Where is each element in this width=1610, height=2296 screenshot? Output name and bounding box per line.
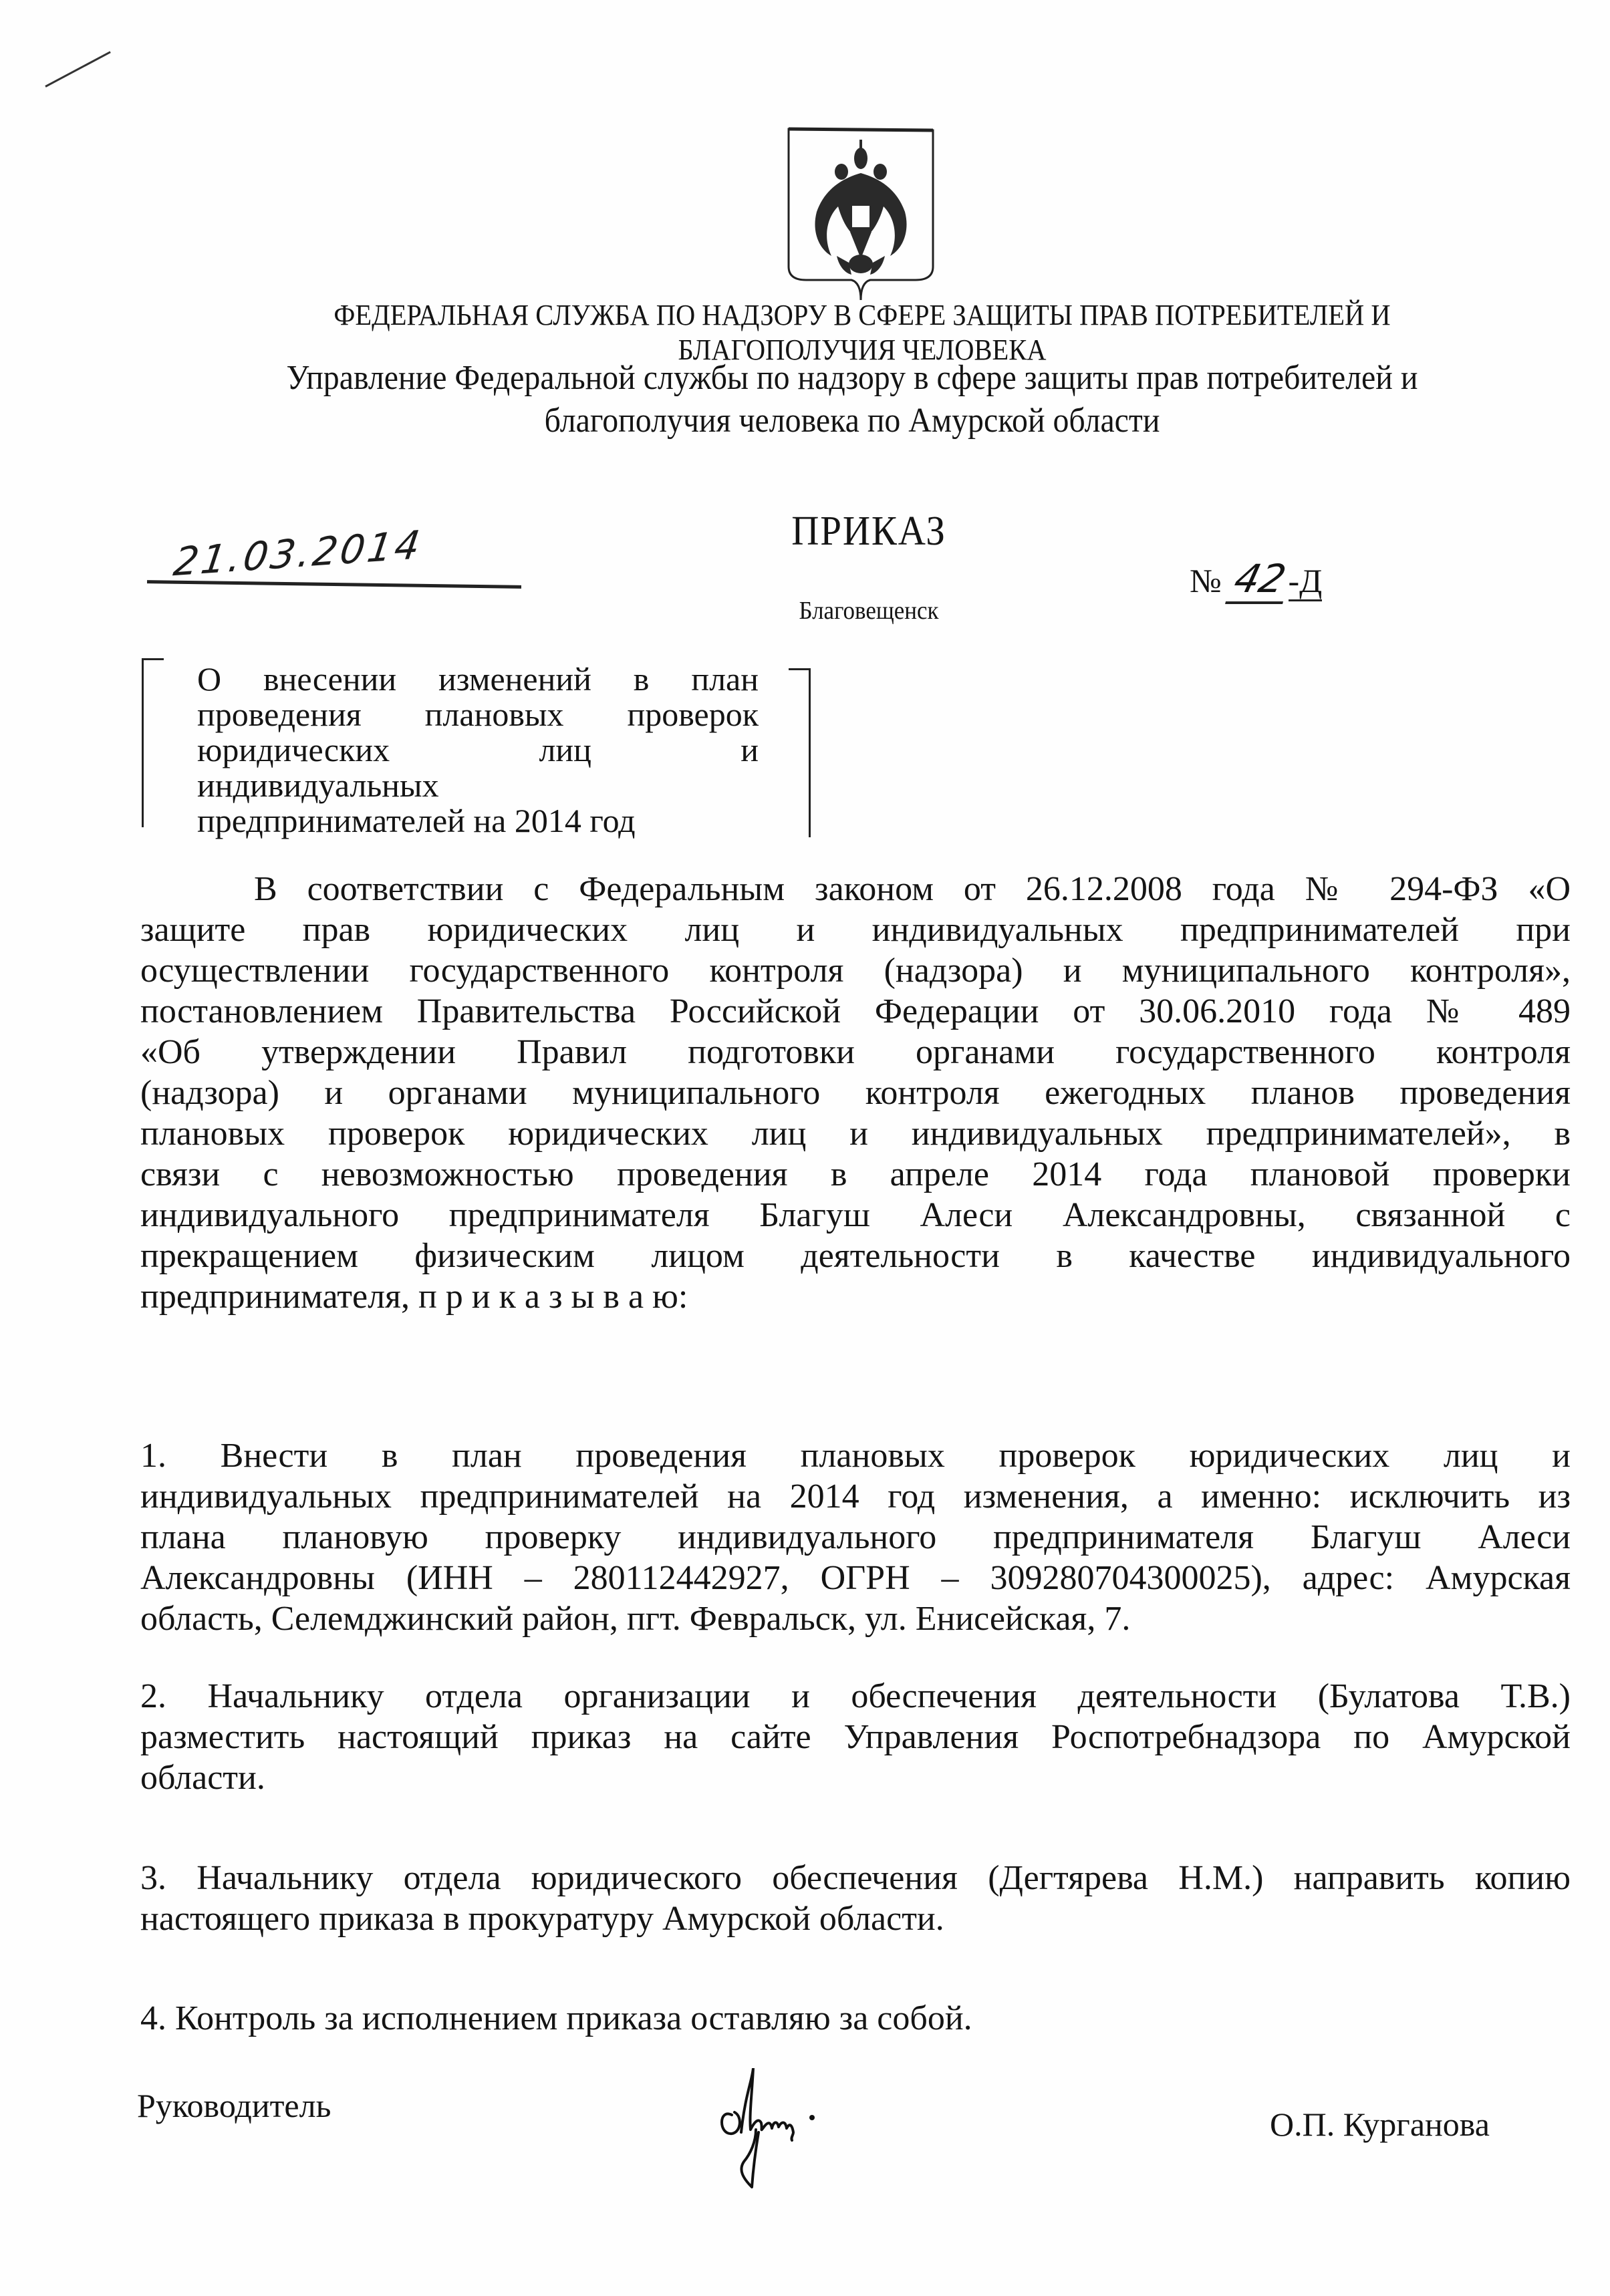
order-item-1: 1. Внести в план проведения плановых про… xyxy=(140,1435,1571,1639)
order-date: 21.03.2014 xyxy=(147,535,521,588)
order-item-2: 2. Начальнику отдела организации и обесп… xyxy=(140,1676,1571,1798)
subject-bracket-left xyxy=(142,658,164,827)
signatory-name: О.П. Курганова xyxy=(1270,2105,1490,2144)
russian-coat-of-arms-icon xyxy=(785,125,937,300)
order-item-4: 4. Контроль за исполнением приказа остав… xyxy=(140,1998,1571,2039)
date-underline xyxy=(147,580,521,589)
preamble-paragraph: В соответствии с Федеральным законом от … xyxy=(140,869,1571,1317)
number-suffix: -Д xyxy=(1289,562,1323,601)
pen-mark xyxy=(45,51,111,88)
handwritten-number: 42 xyxy=(1225,556,1295,604)
document-page: ФЕДЕРАЛЬНАЯ СЛУЖБА ПО НАДЗОРУ В СФЕРЕ ЗА… xyxy=(0,0,1610,2296)
handwritten-date: 21.03.2014 xyxy=(171,522,426,585)
issue-city: Благовещенск xyxy=(684,596,1053,625)
number-sign: № xyxy=(1190,562,1222,599)
order-number: №42-Д xyxy=(1190,556,1322,604)
regional-office-name: Управление Федеральной службы по надзору… xyxy=(222,357,1482,442)
faint-bleed-through-text xyxy=(1043,20,1457,60)
order-subject: О внесении изменений в план проведения п… xyxy=(197,662,759,839)
subject-bracket-right xyxy=(789,668,811,837)
document-type-title: ПРИКАЗ xyxy=(684,508,1053,555)
order-item-3: 3. Начальнику отдела юридического обеспе… xyxy=(140,1858,1571,1939)
signatory-role: Руководитель xyxy=(137,2086,331,2125)
handwritten-signature-icon xyxy=(712,2068,912,2188)
